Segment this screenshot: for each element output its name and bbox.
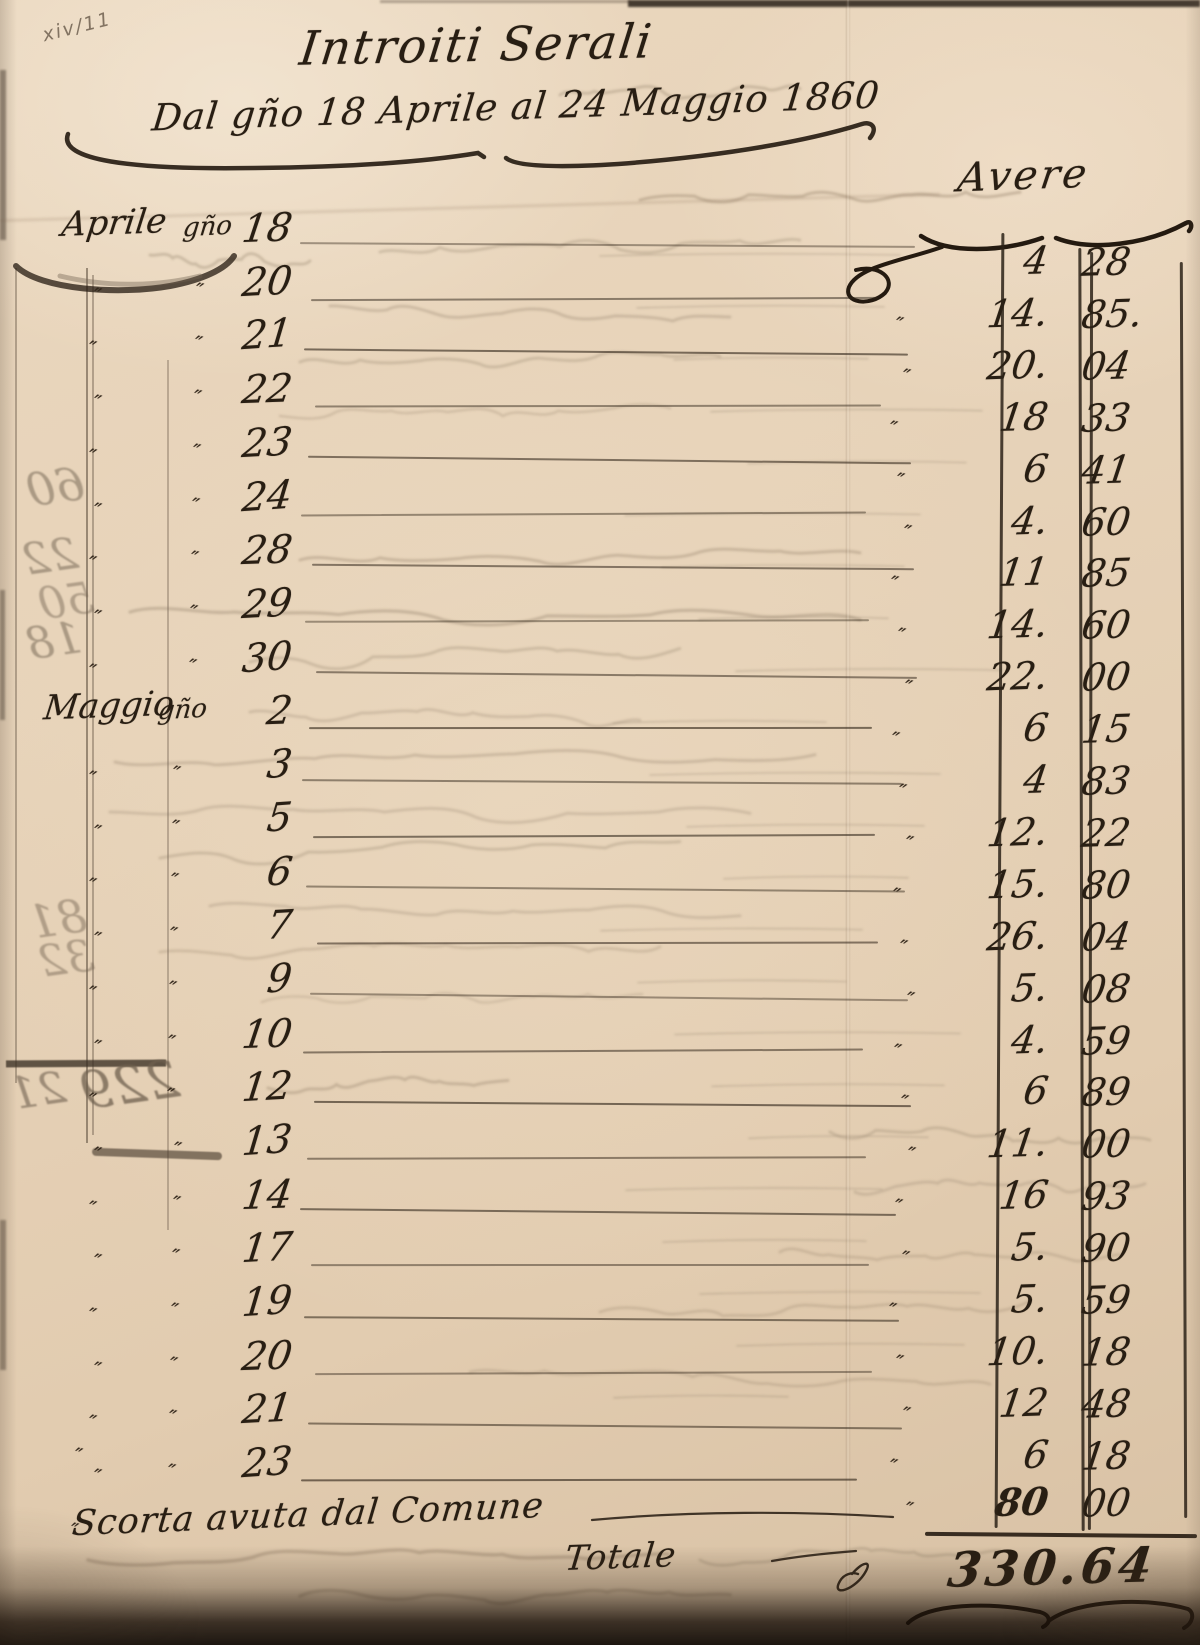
amount-cent: 89 xyxy=(1079,1072,1133,1112)
bleed-through-number: 60 xyxy=(23,456,88,518)
amount-lire: 14. xyxy=(945,293,1050,335)
left-edge-nick xyxy=(0,1220,6,1370)
day-number: 21 xyxy=(194,1389,295,1433)
ditto-mark: ″ xyxy=(91,1252,103,1274)
row-rule-line xyxy=(300,242,915,248)
row-rule-line xyxy=(307,1156,866,1160)
day-number: 20 xyxy=(193,1336,294,1379)
day-number: 9 xyxy=(194,958,294,1004)
amount-lire: 14. xyxy=(945,604,1050,646)
amount-cent: 60 xyxy=(1079,502,1133,542)
bleed-through-number: 21 xyxy=(7,1062,70,1120)
bleed-through-number: 32 xyxy=(35,930,98,988)
ditto-mark: ″ xyxy=(72,1445,84,1467)
ditto-mark: ″ xyxy=(170,763,182,785)
day-number: 29 xyxy=(194,583,295,627)
ditto-mark: ″ xyxy=(170,1193,182,1215)
pencil-rule-line xyxy=(15,268,17,1083)
row-rule-line xyxy=(309,727,872,729)
amount-lire: 20. xyxy=(945,345,1050,387)
row-rule-line xyxy=(311,297,878,301)
ditto-mark: ″ xyxy=(169,1247,181,1269)
top-edge-shadow xyxy=(380,0,630,3)
ditto-mark: ″ xyxy=(91,1467,103,1489)
ditto-mark: ″ xyxy=(899,1249,911,1271)
amount-lire: 4 xyxy=(945,241,1050,283)
amount-cent: 08 xyxy=(1079,969,1133,1009)
amount-lire: 12 xyxy=(945,1383,1050,1425)
amount-lire: 6 xyxy=(945,1435,1050,1477)
row-rule-line xyxy=(311,1264,869,1266)
day-number: 30 xyxy=(194,636,294,682)
ditto-mark: ″ xyxy=(901,522,913,544)
amount-cent: 15 xyxy=(1079,709,1133,749)
row-rule-line xyxy=(308,455,911,464)
ditto-mark: ″ xyxy=(86,1413,98,1435)
ditto-mark: ″ xyxy=(167,1354,179,1376)
ditto-mark: ″ xyxy=(888,574,900,596)
row-rule-line xyxy=(301,511,866,516)
ditto-mark: ″ xyxy=(898,1093,910,1115)
day-number: 23 xyxy=(194,1442,294,1488)
ditto-mark: ″ xyxy=(86,1305,98,1327)
amount-cent: 59 xyxy=(1079,1021,1133,1061)
day-number: 17 xyxy=(194,1228,295,1272)
top-edge-shadow xyxy=(628,0,1200,7)
amount-cent: 04 xyxy=(1079,917,1133,957)
amount-lire: 80 xyxy=(945,1482,1050,1524)
ditto-mark: ″ xyxy=(167,925,179,947)
amount-cent: 28 xyxy=(1079,242,1133,282)
row-rule-line xyxy=(302,779,902,785)
row-rule-line xyxy=(300,1208,896,1216)
amount-cent: 60 xyxy=(1079,605,1133,645)
ditto-mark: ″ xyxy=(900,1404,912,1426)
day-number: 21 xyxy=(194,314,294,360)
ditto-mark: ″ xyxy=(897,937,909,959)
amount-cent: 41 xyxy=(1079,450,1133,490)
day-number: 13 xyxy=(194,1119,294,1165)
day-number: 24 xyxy=(194,475,294,521)
day-number: 12 xyxy=(194,1067,295,1111)
ditto-mark: ″ xyxy=(887,418,899,440)
day-number: 19 xyxy=(194,1280,294,1326)
ditto-mark: ″ xyxy=(892,1197,904,1219)
ditto-mark: ″ xyxy=(91,1359,103,1381)
row-rule-line xyxy=(317,942,878,945)
ditto-mark: ″ xyxy=(895,626,907,648)
left-edge-nick xyxy=(0,590,5,720)
page-subtitle: Dal gño 18 Aprile al 24 Maggio 1860 xyxy=(150,76,882,136)
row-rule-line xyxy=(314,1101,911,1107)
amount-cent: 00 xyxy=(1079,657,1133,697)
ditto-mark: ″ xyxy=(894,470,906,492)
amount-lire: 18 xyxy=(945,397,1050,439)
month-label: Aprile xyxy=(60,204,169,242)
row-rule-line xyxy=(313,834,875,838)
amount-lire: 11 xyxy=(945,553,1050,595)
ditto-mark: ″ xyxy=(165,1462,177,1484)
ditto-mark: ″ xyxy=(891,1041,903,1063)
day-number: 28 xyxy=(193,530,294,573)
scorta-label: Scorta avuta dal Comune xyxy=(70,1489,545,1542)
amount-cent: 00 xyxy=(1079,1124,1133,1164)
day-number: 22 xyxy=(193,369,294,412)
amount-lire: 6 xyxy=(945,449,1050,491)
row-rule-line xyxy=(315,1371,872,1375)
ditto-mark: ″ xyxy=(887,1456,899,1478)
amount-cent: 33 xyxy=(1079,398,1133,438)
day-number: 23 xyxy=(194,422,295,466)
ditto-mark: ″ xyxy=(902,678,914,700)
archival-note: xiv/11 xyxy=(41,10,114,45)
ditto-mark: ″ xyxy=(903,1499,915,1521)
row-rule-line xyxy=(305,619,869,623)
column-header-avere: Avere xyxy=(955,154,1092,199)
ditto-mark: ″ xyxy=(168,1300,180,1322)
total-value: 330.64 xyxy=(945,1541,1158,1595)
day-number: 18 xyxy=(193,208,294,251)
ledger-sheet: 60225018813222921 xiv/11 Introit xyxy=(0,0,1200,1645)
row-rule-line xyxy=(304,1316,899,1322)
ditto-mark: ″ xyxy=(86,1198,98,1220)
day-number: 2 xyxy=(193,692,294,735)
amount-lire: 4. xyxy=(945,501,1050,543)
ditto-mark: ″ xyxy=(905,1145,917,1167)
ditto-mark: ″ xyxy=(166,1408,178,1430)
amount-cent: 80 xyxy=(1079,865,1133,905)
day-number: 6 xyxy=(193,853,294,896)
amount-cent: 22 xyxy=(1079,813,1133,853)
ditto-mark: ″ xyxy=(168,871,180,893)
row-rule-line xyxy=(316,671,917,679)
ditto-mark: ″ xyxy=(893,314,905,336)
day-number: 20 xyxy=(194,261,295,305)
bleed-through-number: 18 xyxy=(23,612,86,670)
row-rule-line xyxy=(308,1423,902,1430)
amount-cent: 04 xyxy=(1079,346,1133,386)
amount-column-line-right xyxy=(1180,262,1187,1518)
ditto-mark: ″ xyxy=(904,989,916,1011)
left-edge-nick xyxy=(0,70,6,240)
ditto-mark: ″ xyxy=(889,730,901,752)
amount-cent: 83 xyxy=(1079,761,1133,801)
day-number: 5 xyxy=(194,797,294,843)
day-number: 7 xyxy=(194,905,295,949)
row-rule-line xyxy=(306,886,905,893)
row-rule-line xyxy=(303,1048,863,1053)
row-rule-line xyxy=(315,405,881,408)
ditto-mark: ″ xyxy=(890,885,902,907)
amount-cent: 93 xyxy=(1079,1176,1133,1216)
ditto-mark: ″ xyxy=(900,366,912,388)
day-number: 10 xyxy=(193,1014,294,1057)
ditto-mark: ″ xyxy=(903,833,915,855)
day-number: 3 xyxy=(194,744,295,788)
row-rule-line xyxy=(310,993,908,1002)
amount-cent: 85 xyxy=(1079,553,1133,593)
page-title: Introiti Serali xyxy=(297,18,655,73)
total-rule-line xyxy=(925,1532,1197,1538)
row-rule-line xyxy=(301,1479,857,1482)
day-number: 14 xyxy=(193,1175,294,1218)
total-label: Totale xyxy=(563,1538,678,1576)
ditto-mark: ″ xyxy=(169,817,181,839)
month-label: Maggio xyxy=(42,687,176,726)
row-rule-line xyxy=(312,564,914,570)
row-rule-line xyxy=(304,349,908,356)
ditto-mark: ″ xyxy=(893,1352,905,1374)
